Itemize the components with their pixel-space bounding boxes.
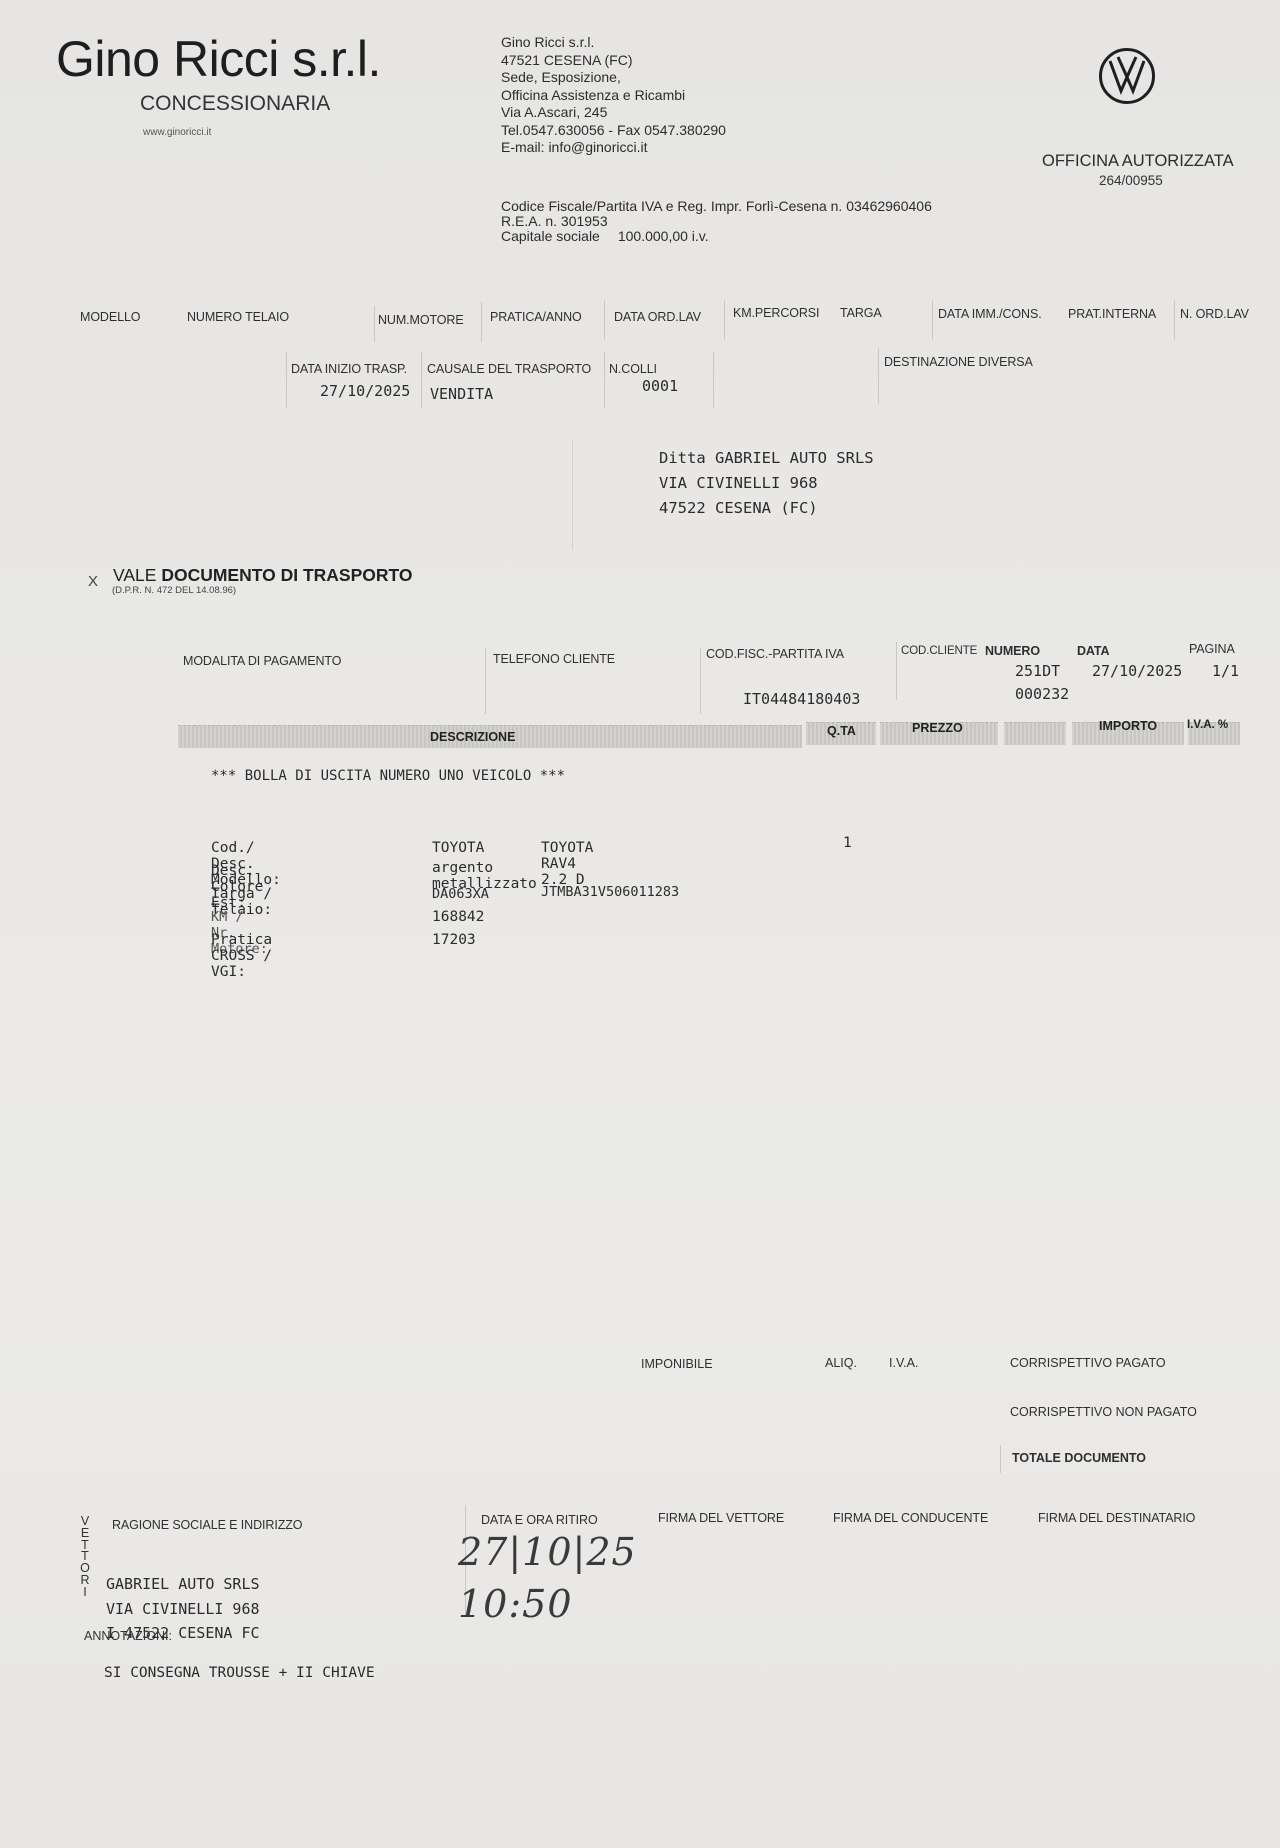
label-targa: TARGA <box>840 306 882 320</box>
company-address-block: Gino Ricci s.r.l. 47521 CESENA (FC) Sede… <box>501 34 726 157</box>
document-type-name: DOCUMENTO DI TRASPORTO <box>161 565 412 585</box>
carrier-street: VIA CIVINELLI 968 <box>106 1597 260 1622</box>
document-type-prefix: VALE <box>113 565 156 585</box>
grid-divider <box>878 348 879 404</box>
label-data-ord-lav: DATA ORD.LAV <box>614 310 701 324</box>
document-type-checkbox: X <box>88 573 98 590</box>
label-firma-conducente: FIRMA DEL CONDUCENTE <box>833 1511 988 1525</box>
label-prat-interna: PRAT.INTERNA <box>1068 307 1156 321</box>
carrier-name: GABRIEL AUTO SRLS <box>106 1572 260 1597</box>
row-value: TOYOTA <box>432 840 484 856</box>
label-firma-destinatario: FIRMA DEL DESTINATARIO <box>1038 1511 1195 1525</box>
totals-divider <box>1000 1445 1001 1473</box>
grid-divider <box>421 352 422 408</box>
label-data: DATA <box>1077 644 1109 658</box>
label-aliquota: ALIQ. <box>825 1356 857 1370</box>
legal-line: R.E.A. n. 301953 <box>501 214 932 229</box>
grid-divider <box>374 306 375 342</box>
document-banner: *** BOLLA DI USCITA NUMERO UNO VEICOLO *… <box>211 768 565 784</box>
row-value: 168842 <box>432 909 484 925</box>
column-header-blank <box>1004 722 1066 745</box>
transport-start-date: 27/10/2025 <box>320 382 410 400</box>
capital-value: 100.000,00 i.v. <box>618 229 709 244</box>
column-label-prezzo: PREZZO <box>912 721 963 735</box>
vw-logo-icon <box>1098 47 1156 105</box>
legal-line: Codice Fiscale/Partita IVA e Reg. Impr. … <box>501 199 932 214</box>
grid-divider <box>481 302 482 342</box>
handwritten-pickup-date: 27|10|25 <box>458 1530 637 1574</box>
company-subtitle: CONCESSIONARIA <box>140 92 330 116</box>
grid-divider <box>724 300 725 340</box>
document-number: 000232 <box>1015 685 1069 703</box>
grid-divider <box>604 300 605 340</box>
label-n-colli: N.COLLI <box>609 362 657 376</box>
column-label-importo: IMPORTO <box>1099 719 1157 733</box>
grid-divider <box>286 352 287 408</box>
recipient-city: 47522 CESENA (FC) <box>659 496 874 521</box>
label-imponibile: IMPONIBILE <box>641 1357 713 1371</box>
label-iva: I.V.A. <box>889 1356 918 1370</box>
capital-label: Capitale sociale <box>501 228 600 244</box>
grid-divider <box>1174 300 1175 340</box>
label-corrispettivo-pagato: CORRISPETTIVO PAGATO <box>1010 1356 1166 1370</box>
carriers-vertical-label: VETTORI <box>80 1516 90 1599</box>
authorized-workshop-label: OFFICINA AUTORIZZATA <box>1042 152 1234 171</box>
row-quantity: 1 <box>843 835 852 851</box>
document-date: 27/10/2025 <box>1092 662 1182 680</box>
document-type-title: VALE DOCUMENTO DI TRASPORTO <box>113 565 413 586</box>
capital-line: Capitale sociale100.000,00 i.v. <box>501 229 932 244</box>
recipient-street: VIA CIVINELLI 968 <box>659 471 874 496</box>
document-type-reference: (D.P.R. N. 472 DEL 14.08.96) <box>112 585 236 596</box>
label-cod-cliente: COD.CLIENTE <box>901 645 977 657</box>
document-number-series: 251DT <box>1015 662 1060 680</box>
label-ragione-sociale: RAGIONE SOCIALE E INDIRIZZO <box>112 1518 302 1532</box>
company-line: 47521 CESENA (FC) <box>501 52 726 70</box>
page-number: 1/1 <box>1212 662 1239 680</box>
label-data-ora-ritiro: DATA E ORA RITIRO <box>481 1513 598 1527</box>
label-destinazione-diversa: DESTINAZIONE DIVERSA <box>884 355 1033 369</box>
recipient-address: Ditta GABRIEL AUTO SRLS VIA CIVINELLI 96… <box>659 446 874 521</box>
column-label-qta: Q.TA <box>827 724 856 738</box>
label-pagina: PAGINA <box>1189 642 1235 656</box>
grid-divider <box>700 648 701 714</box>
company-line: Via A.Ascari, 245 <box>501 104 726 122</box>
label-causale-trasporto: CAUSALE DEL TRASPORTO <box>427 362 591 376</box>
label-numero-telaio: NUMERO TELAIO <box>187 310 289 324</box>
label-firma-vettore: FIRMA DEL VETTORE <box>658 1511 784 1525</box>
authorized-workshop-code: 264/00955 <box>1099 173 1163 188</box>
row-value-secondary: TOYOTA RAV4 2.2 D <box>541 840 593 888</box>
company-name-heading: Gino Ricci s.r.l. <box>56 30 381 88</box>
label-data-inizio-trasporto: DATA INIZIO TRASP. <box>291 362 407 376</box>
company-legal-block: Codice Fiscale/Partita IVA e Reg. Impr. … <box>501 199 932 244</box>
row-value: 17203 <box>432 932 476 948</box>
grid-divider <box>713 352 714 408</box>
row-value: DA063XA <box>432 886 489 902</box>
column-label-iva: I.V.A. % <box>1187 719 1228 731</box>
label-cod-fisc-partita-iva: COD.FISC.-PARTITA IVA <box>706 647 844 661</box>
label-num-motore: NUM.MOTORE <box>378 313 464 327</box>
company-line: Gino Ricci s.r.l. <box>501 34 726 52</box>
grid-divider <box>896 642 897 700</box>
recipient-name: Ditta GABRIEL AUTO SRLS <box>659 446 874 471</box>
label-telefono-cliente: TELEFONO CLIENTE <box>493 652 615 666</box>
label-n-ord-lav: N. ORD.LAV <box>1180 307 1249 321</box>
label-annotazioni: ANNOTAZIONI: <box>84 1629 172 1643</box>
grid-divider <box>604 352 605 408</box>
label-numero: NUMERO <box>985 644 1040 658</box>
company-line: E-mail: info@ginoricci.it <box>501 139 726 157</box>
grid-divider <box>485 648 486 714</box>
label-data-imm-cons: DATA IMM./CONS. <box>938 307 1042 321</box>
row-key: Pratica CROSS / VGI: <box>211 932 272 980</box>
grid-divider <box>932 300 933 340</box>
annotations-text: SI CONSEGNA TROUSSE + II CHIAVE <box>104 1665 375 1681</box>
row-value-secondary: JTMBA31V506011283 <box>541 884 679 900</box>
label-corrispettivo-non-pagato: CORRISPETTIVO NON PAGATO <box>1010 1405 1197 1419</box>
label-modalita-pagamento: MODALITA DI PAGAMENTO <box>183 654 341 668</box>
label-km-percorsi: KM.PERCORSI <box>733 306 819 320</box>
label-totale-documento: TOTALE DOCUMENTO <box>1012 1451 1146 1465</box>
company-line: Sede, Esposizione, <box>501 69 726 87</box>
address-divider <box>572 440 573 550</box>
packages-count: 0001 <box>642 377 678 395</box>
client-vat-number: IT04484180403 <box>743 690 860 708</box>
company-line: Tel.0547.630056 - Fax 0547.380290 <box>501 122 726 140</box>
label-modello: MODELLO <box>80 310 140 324</box>
label-pratica-anno: PRATICA/ANNO <box>490 310 582 324</box>
transport-reason: VENDITA <box>430 385 493 403</box>
column-label-descrizione: DESCRIZIONE <box>430 730 515 744</box>
company-line: Officina Assistenza e Ricambi <box>501 87 726 105</box>
company-website: www.ginoricci.it <box>143 127 211 138</box>
handwritten-pickup-time: 10:50 <box>458 1582 573 1626</box>
